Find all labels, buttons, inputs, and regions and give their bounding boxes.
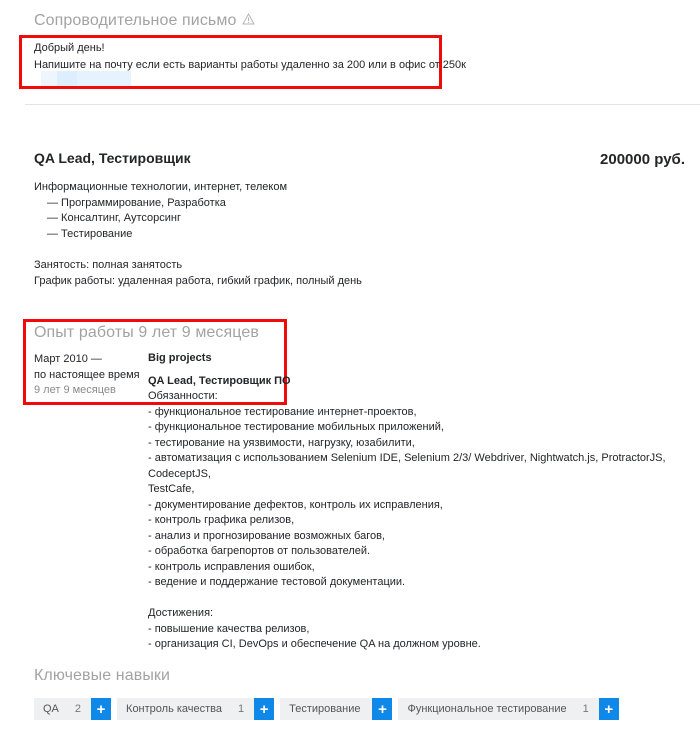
achievements-label: Достижения: [148, 606, 688, 622]
specialization-item: — Программирование, Разработка [34, 196, 287, 212]
cover-letter-heading: Сопроводительное письмо [34, 12, 255, 30]
achievement-item: - повышение качества релизов, [148, 622, 688, 638]
skill-endorse-count: 1 [238, 703, 244, 715]
responsibility-item: - контроль графика релизов, [148, 513, 688, 529]
redacted-area [41, 71, 131, 86]
job-end-date: по настоящее время [34, 368, 140, 384]
spacer [148, 591, 688, 607]
responsibility-item: - функциональное тестирование интернет-п… [148, 405, 688, 421]
skill-endorse-count: 2 [75, 703, 81, 715]
skill-name: Функциональное тестирование [407, 703, 566, 715]
responsibility-item: - анализ и прогнозирование возможных баг… [148, 529, 688, 545]
skill-tag-functional-testing: Функциональное тестирование 1 + [398, 698, 618, 720]
experience-title: Опыт работы 9 лет 9 месяцев [34, 324, 259, 342]
warning-triangle-icon [242, 13, 255, 25]
plus-icon: + [97, 701, 106, 718]
responsibility-item: - функциональное тестирование мобильных … [148, 420, 688, 436]
endorse-skill-button[interactable]: + [91, 698, 111, 720]
responsibility-item: - обработка багрепортов от пользователей… [148, 544, 688, 560]
skill-label: Функциональное тестирование 1 [398, 698, 598, 720]
plus-icon: + [260, 701, 269, 718]
employment-block: Занятость: полная занятость График работ… [34, 258, 362, 289]
industry: Информационные технологии, интернет, тел… [34, 180, 287, 196]
specialization-item: — Консалтинг, Аутсорсинг [34, 211, 287, 227]
responsibility-item: - документирование дефектов, контроль их… [148, 498, 688, 514]
skill-label: Контроль качества 1 [117, 698, 254, 720]
cover-letter-text: Добрый день! Напишите на почту если есть… [34, 40, 466, 74]
job-dates: Март 2010 — по настоящее время 9 лет 9 м… [34, 352, 140, 399]
job-start-date: Март 2010 — [34, 352, 140, 368]
job-company: Big projects [148, 352, 212, 364]
section-divider [25, 104, 700, 105]
job-duration: 9 лет 9 месяцев [34, 383, 140, 399]
skill-label: Тестирование [280, 698, 372, 720]
achievement-item: - организация CI, DevOps и обеспечение Q… [148, 637, 688, 653]
skill-name: QA [43, 703, 59, 715]
plus-icon: + [378, 701, 387, 718]
employment-type: Занятость: полная занятость [34, 258, 362, 274]
responsibility-item: TestCafe, [148, 482, 688, 498]
skill-tag-qa: QA 2 + [34, 698, 111, 720]
skills-list: QA 2 + Контроль качества 1 + Тестировани… [34, 698, 619, 720]
endorse-skill-button[interactable]: + [254, 698, 274, 720]
job-role: QA Lead, Тестировщик ПО [148, 375, 291, 387]
skill-name: Тестирование [289, 703, 360, 715]
endorse-skill-button[interactable]: + [599, 698, 619, 720]
cover-letter-line: Добрый день! [34, 40, 466, 57]
skill-name: Контроль качества [126, 703, 222, 715]
resume-page: Сопроводительное письмо Добрый день! Нап… [0, 0, 700, 754]
skill-tag-testing: Тестирование + [280, 698, 392, 720]
endorse-skill-button[interactable]: + [372, 698, 392, 720]
responsibilities-label: Обязанности: [148, 389, 688, 405]
industry-block: Информационные технологии, интернет, тел… [34, 180, 287, 242]
work-schedule: График работы: удаленная работа, гибкий … [34, 274, 362, 290]
skills-title: Ключевые навыки [34, 667, 170, 685]
responsibility-item: - ведение и поддержание тестовой докумен… [148, 575, 688, 591]
cover-letter-title: Сопроводительное письмо [34, 12, 236, 29]
skill-endorse-count: 1 [583, 703, 589, 715]
position-title: QA Lead, Тестировщик [34, 150, 191, 166]
plus-icon: + [604, 701, 613, 718]
responsibility-item: - тестирование на уязвимости, нагрузку, … [148, 436, 688, 452]
skill-label: QA 2 [34, 698, 91, 720]
specialization-item: — Тестирование [34, 227, 287, 243]
responsibility-item: - контроль исправления ошибок, [148, 560, 688, 576]
job-description: Обязанности: - функциональное тестирован… [148, 389, 688, 653]
salary: 200000 руб. [600, 151, 685, 168]
skill-tag-quality-control: Контроль качества 1 + [117, 698, 274, 720]
responsibility-item: - автоматизация с использованием Seleniu… [148, 451, 688, 482]
